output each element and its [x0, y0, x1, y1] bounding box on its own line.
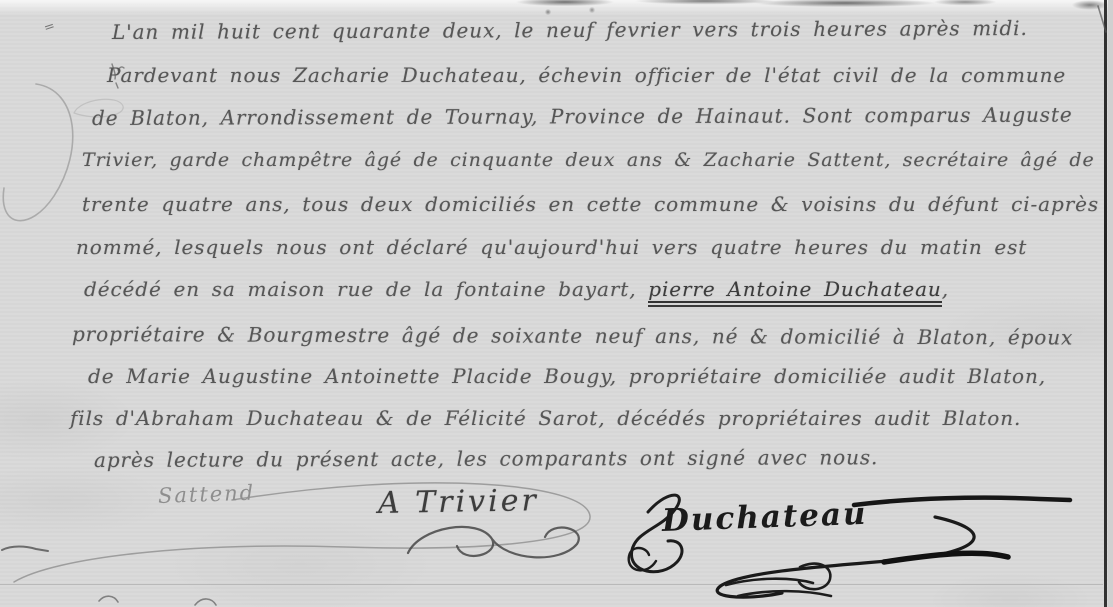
manuscript-page: = L'an mil huit cent quarante deux, le n… — [0, 0, 1113, 607]
trivier-signature-flourish — [408, 527, 579, 557]
record-line-4: Trivier, garde champêtre âgé de cinquant… — [82, 149, 1095, 171]
scan-right-gutter — [1108, 0, 1113, 607]
record-line-9: de Marie Augustine Antoinette Placide Bo… — [88, 364, 1046, 388]
record-line-2: Pardevant nous Zacharie Duchateau, échev… — [107, 63, 1066, 87]
duchateau-top-sweep — [854, 498, 1070, 505]
sattent-flourish-tail — [2, 547, 48, 552]
record-line-7: décédé en sa maison rue de la fontaine b… — [84, 277, 949, 301]
record-line-1: L'an mil huit cent quarante deux, le neu… — [112, 16, 1028, 44]
faint-rule-line — [0, 584, 1103, 585]
scan-top-edge-shadow — [0, 0, 1113, 15]
record-line-11: après lecture du présent acte, les compa… — [94, 445, 878, 472]
page-fold-line — [1104, 0, 1107, 607]
signature-sattent: Sattend — [158, 481, 256, 508]
signature-trivier: A Trivier — [378, 483, 539, 521]
duchateau-lower-circle — [799, 564, 830, 590]
duchateau-lower-dashes — [726, 579, 831, 596]
record-line-6: nommé, lesquels nous ont déclaré qu'aujo… — [76, 235, 1027, 259]
ink-flourishes — [0, 0, 1113, 607]
record-line-5: trente quatre ans, tous deux domiciliés … — [82, 192, 1099, 216]
signature-duchateau: Duchateau — [661, 496, 868, 539]
duchateau-capital-spiral — [629, 548, 656, 570]
margin-mark: = — [42, 19, 56, 36]
line-7-pre: décédé en sa maison rue de la fontaine b… — [84, 277, 648, 301]
deceased-name-underlined: pierre Antoine Duchateau — [648, 277, 941, 307]
margin-flourish-loop — [3, 84, 72, 221]
duchateau-under-sweep-blob — [884, 553, 1008, 562]
record-line-8: propriétaire & Bourgmestre âgé de soixan… — [72, 322, 1073, 349]
bottom-partial-stroke-1 — [99, 596, 118, 602]
record-line-3: de Blaton, Arrondissement de Tournay, Pr… — [92, 103, 1073, 130]
record-line-10: fils d'Abraham Duchateau & de Félicité S… — [70, 406, 1021, 430]
bottom-partial-stroke-2 — [195, 599, 216, 605]
line-7-post: , — [942, 277, 949, 301]
